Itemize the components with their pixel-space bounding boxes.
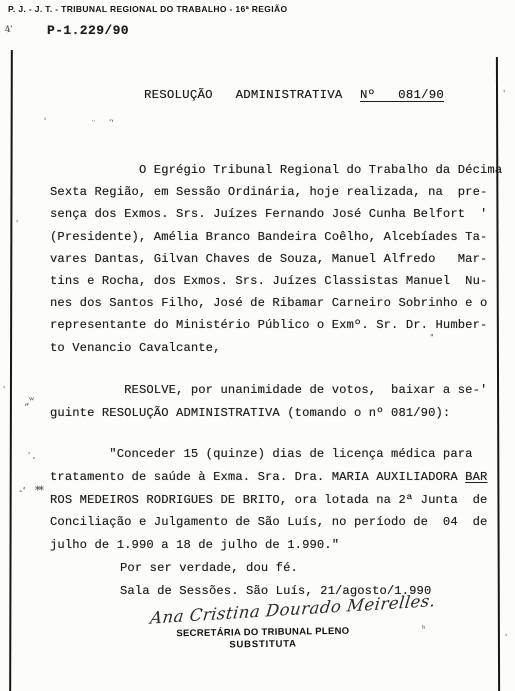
stray-mark: ˒ (44, 116, 46, 124)
paragraph-resolve: RESOLVE, por unanimidade de votos, baixa… (50, 379, 487, 424)
stray-mark: ᵕ (92, 118, 95, 126)
stray-mark: ʻ' (107, 118, 114, 127)
stray-mark: ' (505, 634, 507, 642)
paragraph-preamble: O Egrégio Tribunal Regional do Trabalho … (50, 159, 502, 359)
process-number: P-1.229/90 (47, 23, 129, 38)
resolution-text-end: ROS MEDEIROS RODRIGUES DE BRITO, ora lot… (50, 493, 487, 553)
stray-mark: „ʷ (23, 397, 35, 406)
left-margin-rule (9, 50, 13, 691)
stray-mark: " (430, 334, 434, 342)
paragraph-resolution-text: "Conceder 15 (quinze) dias de licença mé… (50, 443, 487, 557)
stray-mark: ' (503, 90, 505, 98)
stray-mark: 4' (4, 25, 13, 34)
stray-mark: ' (3, 386, 5, 394)
stray-mark: ** (35, 487, 42, 495)
hyphenated-name-underline: BAR (465, 470, 487, 484)
secretary-stamp: SECRETÁRIA DO TRIBUNAL PLENO SUBSTITUTA (168, 626, 358, 653)
resolution-text-start: "Conceder 15 (quinze) dias de licença mé… (50, 447, 473, 484)
right-margin-rule (496, 57, 500, 691)
stray-mark: ' (16, 220, 18, 228)
stray-mark: -' (19, 488, 26, 497)
document-title: RESOLUÇÃO ADMINISTRATIVA (144, 88, 343, 102)
scanned-document-page: P. J. - J. T. - TRIBUNAL REGIONAL DO TRA… (0, 0, 515, 691)
stray-mark: ʰ (422, 625, 425, 633)
resolution-number: Nº 081/90 (360, 88, 444, 102)
court-letterhead: P. J. - J. T. - TRIBUNAL REGIONAL DO TRA… (8, 4, 287, 14)
stray-mark: ' , (28, 452, 35, 460)
